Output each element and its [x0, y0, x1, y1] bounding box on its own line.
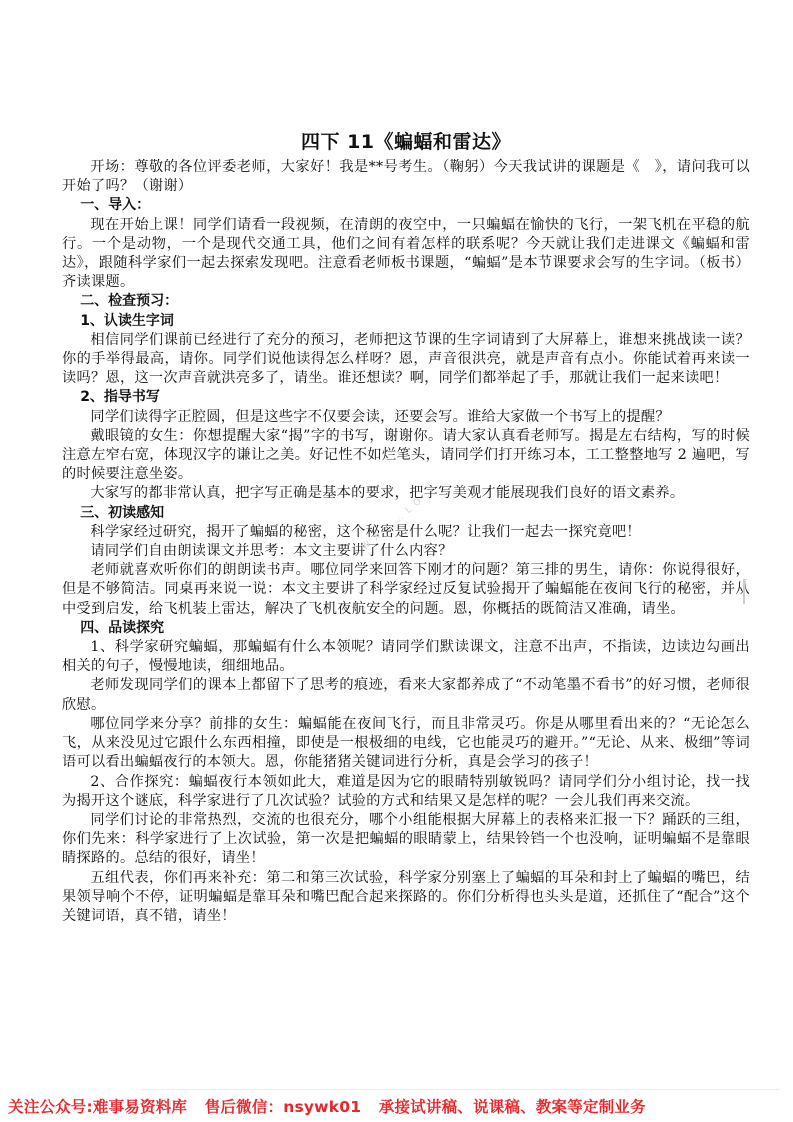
- paragraph: 相信同学们课前已经进行了充分的预习，老师把这节课的生字词请到了大屏幕上，谁想来挑…: [62, 331, 750, 389]
- section-heading-intro: 一、导入：: [62, 196, 750, 215]
- paragraph: 科学家经过研究，揭开了蝙蝠的秘密，这个秘密是什么呢？让我们一起去一探究竟吧！: [62, 523, 750, 542]
- paragraph: 请同学们自由朗读课文并思考：本文主要讲了什么内容？: [62, 542, 750, 561]
- section-heading-close-reading: 四、品读探究: [62, 619, 750, 638]
- footer-wechat-text: 售后微信：nsywk01: [205, 1098, 361, 1116]
- section-heading-preview: 二、检查预习：: [62, 292, 750, 311]
- paragraph: 老师发现同学们的课本上都留下了思考的痕迹，看来大家都养成了“不动笔墨不看书”的好…: [62, 676, 750, 714]
- paragraph: 同学们讨论的非常热烈，交流的也很充分，哪个小组能根据大屏幕上的表格来汇报一下？踊…: [62, 811, 750, 869]
- paragraph: 1、科学家研究蝙蝠，那蝙蝠有什么本领呢？请同学们默读课文，注意不出声，不指读，边…: [62, 638, 750, 676]
- document-title: 四下 11《蝙蝠和雷达》: [62, 128, 750, 156]
- paragraph: 现在开始上课！同学们请看一段视频，在清朗的夜空中，一只蝙蝠在愉快的飞行，一架飞机…: [62, 216, 750, 293]
- paragraph: 哪位同学来分享？前排的女生：蝙蝠能在夜间飞行，而且非常灵巧。你是从哪里看出来的？…: [62, 715, 750, 773]
- subsection-heading-writing: 2、指导书写: [62, 388, 750, 407]
- opening-paragraph: 开场：尊敬的各位评委老师，大家好！我是**号考生。（鞠躬）今天我试讲的课题是《 …: [62, 158, 750, 196]
- margin-mark: [743, 579, 747, 604]
- footer-service-text: 承接试讲稿、说课稿、教案等定制业务: [379, 1098, 646, 1116]
- paragraph: 戴眼镜的女生：你想提醒大家“揭”字的书写，谢谢你。请大家认真看老师写。揭是左右结…: [62, 427, 750, 485]
- paragraph: 大家写的都非常认真，把字写正确是基本的要求，把字写美观才能展现我们良好的语文素养…: [62, 484, 750, 503]
- paragraph: 2、合作探究：蝙蝠夜行本领如此大，难道是因为它的眼睛特别敏锐吗？请同学们分小组讨…: [62, 773, 750, 811]
- paragraph: 五组代表，你们再来补充：第二和第三次试验，科学家分别塞上了蝙蝠的耳朵和封上了蝙蝠…: [62, 869, 750, 927]
- footer-follow-text: 关注公众号:难事易资料库: [8, 1098, 187, 1116]
- paragraph: 老师就喜欢听你们的朗朗读书声。哪位同学来回答下刚才的问题？第三排的男生，请你：你…: [62, 561, 750, 619]
- document-page: 四下 11《蝙蝠和雷达》 开场：尊敬的各位评委老师，大家好！我是**号考生。（鞠…: [62, 128, 750, 926]
- subsection-heading-read-words: 1、认读生字词: [62, 312, 750, 331]
- footer-ad-banner: 关注公众号:难事易资料库 售后微信：nsywk01 承接试讲稿、说课稿、教案等定…: [8, 1094, 793, 1120]
- footer-divider: [140, 1089, 780, 1090]
- paragraph: 同学们读得字正腔圆，但是这些字不仅要会读，还要会写。谁给大家做一个书写上的提醒？: [62, 408, 750, 427]
